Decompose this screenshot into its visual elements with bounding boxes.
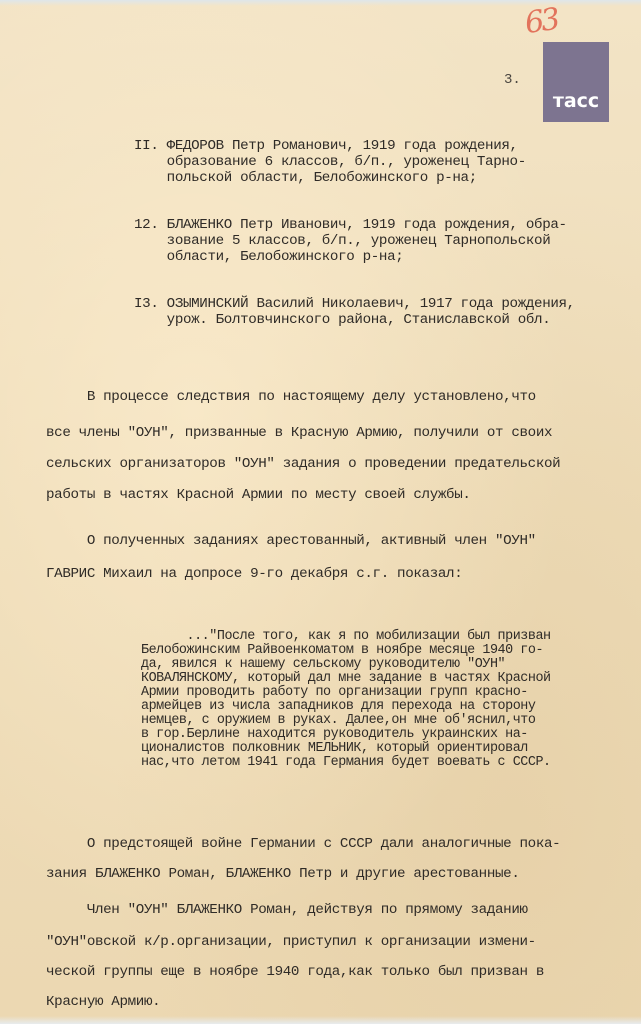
paragraph-line: зания БЛАЖЕНКО Роман, БЛАЖЕНКО Петр и др… [46, 866, 520, 882]
scan-bottom-edge [0, 1016, 641, 1024]
paragraph-line: сельских организаторов "ОУН" задания о п… [46, 456, 560, 472]
tass-watermark-logo: тасс [543, 42, 609, 122]
quote-line: да, явился к нашему сельскому руководите… [141, 658, 505, 671]
paragraph-line: В процессе следствия по настоящему делу … [46, 389, 536, 405]
quote-line: армейцев из числа западников для переход… [141, 700, 535, 713]
quote-line: Белобожинским Райвоенкоматом в ноябре ме… [141, 644, 543, 657]
list-item-line: области, Белобожинского р-на; [134, 249, 403, 265]
quote-line: в гор.Берлине находится руководитель укр… [141, 728, 528, 741]
quote-line: нас,что летом 1941 года Германия будет в… [141, 756, 551, 769]
list-item-line: польской области, Белобожинского р-на; [134, 170, 477, 186]
list-item-line: II. ФЕДОРОВ Петр Романович, 1919 года ро… [134, 138, 518, 154]
quote-line: КОВАЛЯНСКОМУ, который дал мне задание в … [141, 672, 551, 685]
quote-line: ционалистов полковник МЕЛЬНИК, который о… [141, 742, 528, 755]
paragraph-line: "ОУН"овской к/р.организации, приступил к… [46, 934, 536, 950]
quote-line: немцев, с оружием в руках. Далее,он мне … [141, 714, 535, 727]
page-number: 3. [504, 72, 521, 88]
list-item-line: I3. ОЗЫМИНСКИЙ Василий Николаевич, 1917 … [134, 296, 575, 312]
quote-line: ..."После того, как я по мобилизации был… [141, 630, 551, 643]
paragraph-line: О полученных заданиях арестованный, акти… [46, 533, 536, 549]
list-item-line: 12. БЛАЖЕНКО Петр Иванович, 1919 года ро… [134, 217, 567, 233]
document-page: 63 тасс 3. II. ФЕДОРОВ Петр Романович, 1… [0, 0, 641, 1024]
list-item-line: урож. Болтовчинского района, Станиславск… [134, 312, 550, 328]
list-item-line: зование 5 классов, б/п., уроженец Тарноп… [134, 233, 550, 249]
paragraph-line: Член "ОУН" БЛАЖЕНКО Роман, действуя по п… [46, 902, 528, 918]
paragraph-line: Красную Армию. [46, 994, 160, 1010]
tass-logo-text: тасс [553, 90, 599, 112]
paragraph-line: все члены "ОУН", призванные в Красную Ар… [46, 425, 552, 441]
paragraph-line: работы в частях Красной Армии по месту с… [46, 487, 471, 503]
paragraph-line: ческой группы еще в ноябре 1940 года,как… [46, 964, 544, 980]
paragraph-line: ГАВРИС Михаил на допросе 9-го декабря с.… [46, 566, 462, 582]
paragraph-line: О предстоящей войне Германии с СССР дали… [46, 836, 560, 852]
list-item-line: образование 6 классов, б/п., уроженец Та… [134, 154, 526, 170]
quote-line: Армии проводить работу по организации гр… [141, 686, 528, 699]
archive-page-number: 63 [523, 2, 560, 41]
